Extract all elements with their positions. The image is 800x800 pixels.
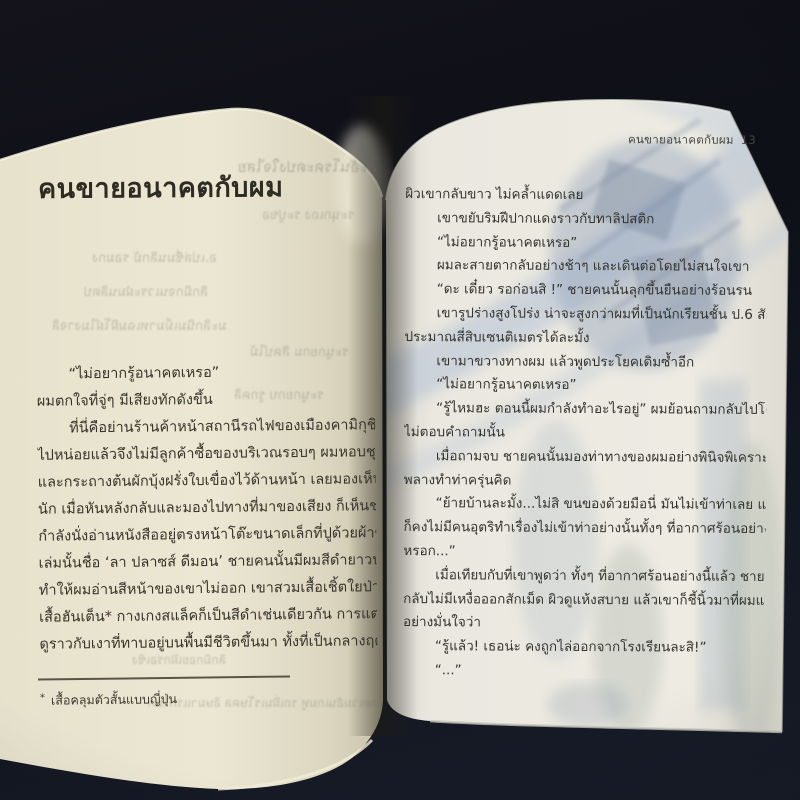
text-line: ประมาณสี่สิบเซนติเมตรได้ละมั้ง xyxy=(404,326,766,352)
text-line: ผิวเขากลับขาว ไม่คล้ำแดดเลย xyxy=(405,183,767,209)
text-line: ไม่ตอบคำถามนั้น xyxy=(404,421,766,447)
text-line: หรอก...” xyxy=(403,540,765,566)
text-line: “...” xyxy=(403,659,765,685)
text-line: อย่างมั่นใจว่า xyxy=(403,611,765,637)
open-book-photo: ละอันโรคะดปงใจไสยระนุกเถง ระปูขออ.เปล่ชื… xyxy=(0,0,800,800)
text-line: “รู้ไหมฮะ ตอนนี้ผมกำลังทำอะไรอยู่” ผมย้อ… xyxy=(404,397,766,423)
text-line: เขามาขวางทางผม แล้วพูดประโยคเดิมซ้ำอีก xyxy=(404,350,766,376)
text-line: กลับไม่มีเหงื่อออกสักเม็ด ผิวดูแห้งสบาย … xyxy=(403,588,765,614)
running-header-title: คนขายอนาคตกับผม xyxy=(628,132,734,147)
text-line: “ดะ เดี๋ยว รอก่อนสิ !” ชายคนนั้นลุกขึ้นย… xyxy=(405,278,767,304)
text-line: เขารูปร่างสูงโปร่ง น่าจะสูงกว่าผมที่เป็น… xyxy=(405,302,767,328)
text-line: ผมละสายตากลับอย่างช้าๆ และเดินต่อโดยไม่ส… xyxy=(405,254,767,280)
text-line: พลางทำท่าครุ่นคิด xyxy=(404,469,766,495)
text-line: เขาขยับริมฝีปากแดงราวกับทาลิปสติก xyxy=(405,207,767,233)
right-page-content: คนขายอนาคตกับผม13 ผิวเขากลับขาว ไม่คล้ำแ… xyxy=(0,0,800,800)
text-line: ก็คงไม่มีคนอุตริทำเรื่องไม่เข้าท่าอย่างน… xyxy=(403,516,765,542)
text-line: “ย้ายบ้านละมั้ง...ไม่สิ ขนของด้วยมือนี่ … xyxy=(404,492,766,518)
text-line: เมื่อถามจบ ชายคนนั้นมองท่าทางของผมอย่างพ… xyxy=(404,445,766,471)
text-line: เมื่อเทียบกับที่เขาพูดว่า ทั้งๆ ที่อากาศ… xyxy=(403,564,765,590)
page-number: 13 xyxy=(734,133,756,147)
text-line: “รู้แล้ว! เธอน่ะ คงถูกไล่ออกจากโรงเรียนล… xyxy=(403,635,765,661)
right-page-paragraphs: ผิวเขากลับขาว ไม่คล้ำแดดเลยเขาขยับริมฝีป… xyxy=(403,183,768,685)
text-line: “ไม่อยากรู้อนาคตเหรอ” xyxy=(405,231,767,257)
text-line: “ไม่อยากรู้อนาคตเหรอ” xyxy=(404,373,766,399)
running-header: คนขายอนาคตกับผม13 xyxy=(404,130,756,150)
